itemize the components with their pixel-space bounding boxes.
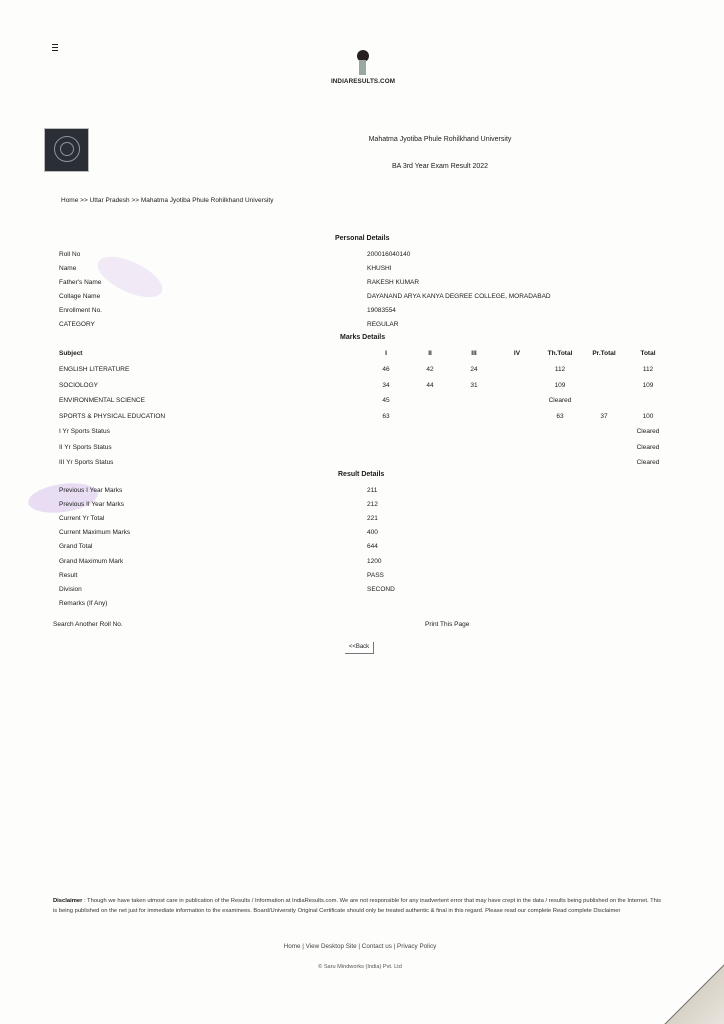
marks-header-cell: IV — [497, 350, 537, 357]
result-details-title: Result Details — [338, 471, 384, 478]
marks-cell: 44 — [410, 382, 450, 389]
marks-cell: 109 — [628, 382, 668, 389]
university-emblem — [44, 128, 89, 172]
personal-label: Father's Name — [59, 279, 101, 286]
result-value: 211 — [367, 487, 377, 494]
marks-cell: 112 — [628, 366, 668, 373]
breadcrumb-state[interactable]: Uttar Pradesh — [90, 197, 130, 204]
ink-stamp-smudge — [26, 479, 99, 516]
marks-subject: SPORTS & PHYSICAL EDUCATION — [59, 413, 165, 420]
marks-header-cell: III — [454, 350, 494, 357]
personal-value: 200016040140 — [367, 251, 410, 258]
disclaimer-label: Disclaimer — [53, 898, 82, 904]
personal-value: KHUSHI — [367, 265, 392, 272]
marks-cell: 37 — [584, 413, 624, 420]
marks-cell: 31 — [454, 382, 494, 389]
breadcrumb-university[interactable]: Mahatma Jyotiba Phule Rohilkhand Univers… — [141, 197, 274, 204]
site-logo[interactable]: INDIARESULTS.COM — [326, 50, 400, 85]
marks-header-cell: II — [410, 350, 450, 357]
marks-header-cell: Pr.Total — [584, 350, 624, 357]
marks-subject: II Yr Sports Status — [59, 444, 112, 451]
hamburger-menu-icon[interactable] — [52, 44, 58, 52]
result-value: PASS — [367, 572, 384, 579]
result-value: SECOND — [367, 586, 395, 593]
back-button[interactable]: <<Back — [345, 642, 374, 654]
breadcrumb-separator: >> — [131, 197, 139, 204]
marks-header-cell: Th.Total — [540, 350, 580, 357]
personal-label: Roll No — [59, 251, 80, 258]
marks-subject: SOCIOLOGY — [59, 382, 98, 389]
footer-home-link[interactable]: Home — [284, 943, 301, 950]
result-value: 1200 — [367, 558, 381, 565]
personal-label: CATEGORY — [59, 321, 95, 328]
result-value: 212 — [367, 501, 378, 508]
marks-cell: Cleared — [628, 444, 668, 451]
exam-title: BA 3rd Year Exam Result 2022 — [320, 163, 560, 170]
copyright: © Saru Mindworks (India) Pvt. Ltd — [250, 964, 470, 970]
result-label: Previous II Year Marks — [59, 501, 124, 508]
marks-cell: 46 — [366, 366, 406, 373]
disclaimer: Disclaimer : Though we have taken utmost… — [53, 897, 665, 916]
footer-privacy-link[interactable]: Privacy Policy — [397, 943, 436, 950]
marks-subject: ENGLISH LITERATURE — [59, 366, 129, 373]
marks-cell: 24 — [454, 366, 494, 373]
result-value: 644 — [367, 543, 378, 550]
breadcrumb-home[interactable]: Home — [61, 197, 78, 204]
site-logo-text: INDIARESULTS.COM — [326, 78, 400, 85]
marks-cell: 34 — [366, 382, 406, 389]
marks-subject: III Yr Sports Status — [59, 459, 113, 466]
page-fold-corner — [664, 964, 724, 1024]
personal-details-title: Personal Details — [335, 235, 389, 242]
footer-desktop-site-link[interactable]: View Desktop Site — [306, 943, 357, 950]
marks-cell: Cleared — [628, 428, 668, 435]
personal-value: RAKESH KUMAR — [367, 279, 419, 286]
marks-subject: I Yr Sports Status — [59, 428, 110, 435]
marks-cell: 112 — [540, 366, 580, 373]
marks-cell: 45 — [366, 397, 406, 404]
personal-label: Name — [59, 265, 76, 272]
marks-cell: Cleared — [628, 459, 668, 466]
personal-value: DAYANAND ARYA KANYA DEGREE COLLEGE, MORA… — [367, 293, 551, 300]
result-label: Result — [59, 572, 77, 579]
marks-header-subject: Subject — [59, 350, 82, 357]
result-label: Division — [59, 586, 82, 593]
result-label: Remarks (If Any) — [59, 600, 107, 607]
marks-cell: 109 — [540, 382, 580, 389]
marks-header-cell: I — [366, 350, 406, 357]
result-value: 400 — [367, 529, 378, 536]
personal-value: 19083554 — [367, 307, 396, 314]
marks-cell: 42 — [410, 366, 450, 373]
marks-cell: Cleared — [540, 397, 580, 404]
personal-value: REGULAR — [367, 321, 398, 328]
disclaimer-text: : Though we have taken utmost care in pu… — [53, 898, 661, 914]
marks-header-cell: Total — [628, 350, 668, 357]
result-label: Current Yr Total — [59, 515, 104, 522]
result-label: Previous I Year Marks — [59, 487, 122, 494]
result-label: Current Maximum Marks — [59, 529, 130, 536]
marks-details-title: Marks Details — [340, 334, 385, 341]
footer-contact-link[interactable]: Contact us — [362, 943, 392, 950]
search-another-roll-link[interactable]: Search Another Roll No. — [53, 621, 123, 628]
result-label: Grand Total — [59, 543, 92, 550]
result-label: Grand Maximum Mark — [59, 558, 123, 565]
marks-cell: 63 — [366, 413, 406, 420]
ink-stamp-smudge — [92, 249, 168, 306]
indiaresults-logo-icon — [355, 50, 371, 76]
result-value: 221 — [367, 515, 378, 522]
footer-links: Home | View Desktop Site | Contact us | … — [250, 943, 470, 950]
personal-label: Collage Name — [59, 293, 100, 300]
university-name: Mahatma Jyotiba Phule Rohilkhand Univers… — [320, 136, 560, 143]
breadcrumb: Home >> Uttar Pradesh >> Mahatma Jyotiba… — [61, 197, 273, 204]
marks-cell: 100 — [628, 413, 668, 420]
personal-label: Enrollment No. — [59, 307, 102, 314]
marks-cell: 63 — [540, 413, 580, 420]
print-page-link[interactable]: Print This Page — [425, 621, 469, 628]
marks-subject: ENVIRONMENTAL SCIENCE — [59, 397, 145, 404]
breadcrumb-separator: >> — [80, 197, 88, 204]
